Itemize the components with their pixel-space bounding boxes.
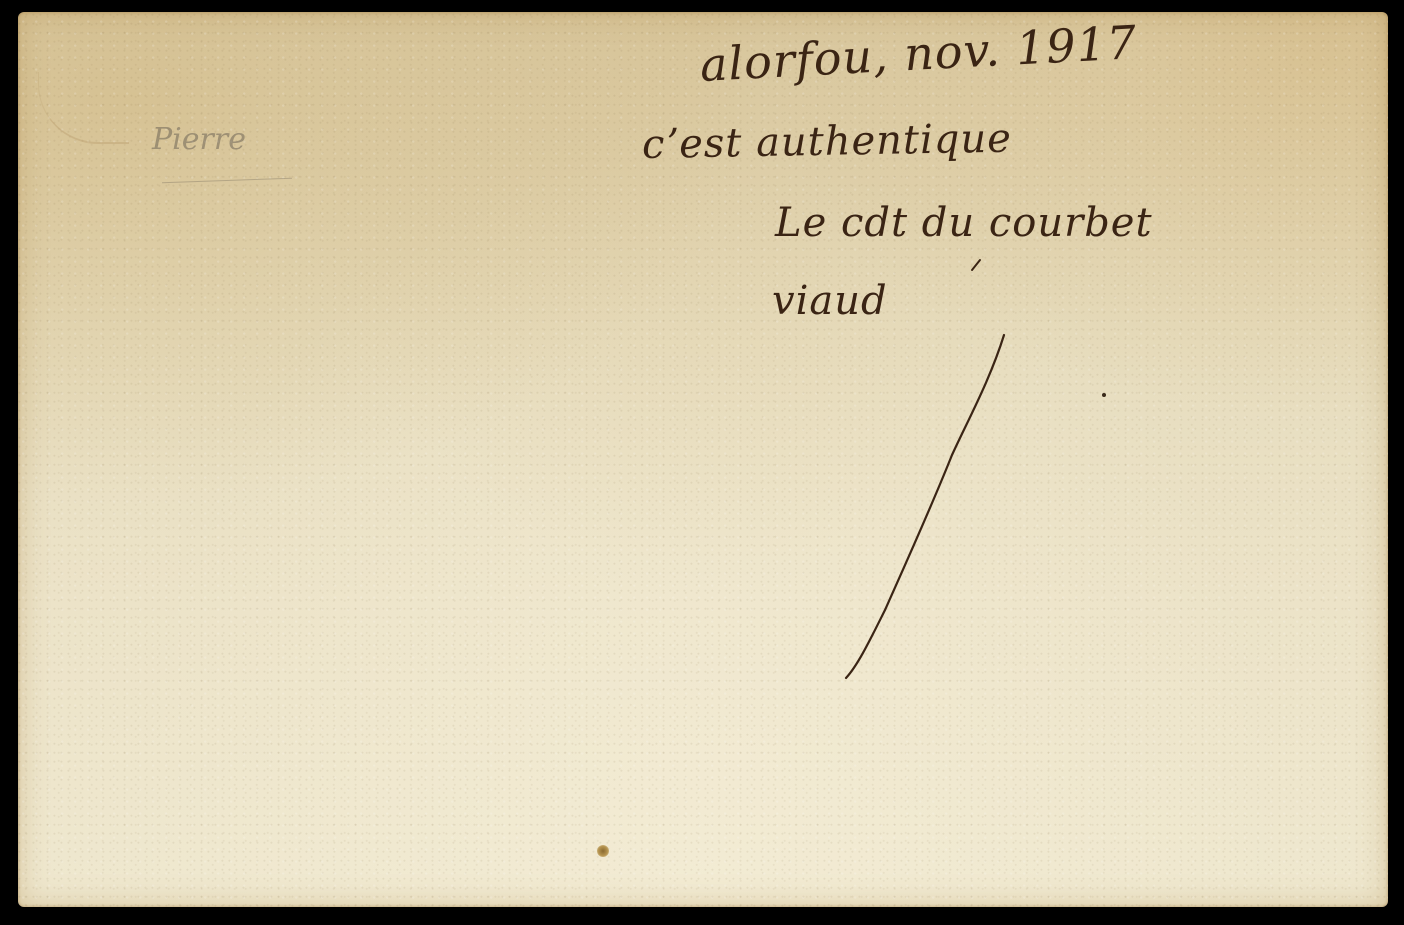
handwritten-signature: viaud <box>772 278 888 324</box>
handwritten-commander-line: Le cdt du courbet <box>775 200 1153 246</box>
paper-stain <box>597 845 609 857</box>
handwritten-authentication: cʼest authentique <box>642 116 1013 168</box>
ink-dot <box>1102 393 1106 397</box>
corner-crease <box>38 72 129 144</box>
pencil-annotation: Pierre <box>152 122 246 157</box>
